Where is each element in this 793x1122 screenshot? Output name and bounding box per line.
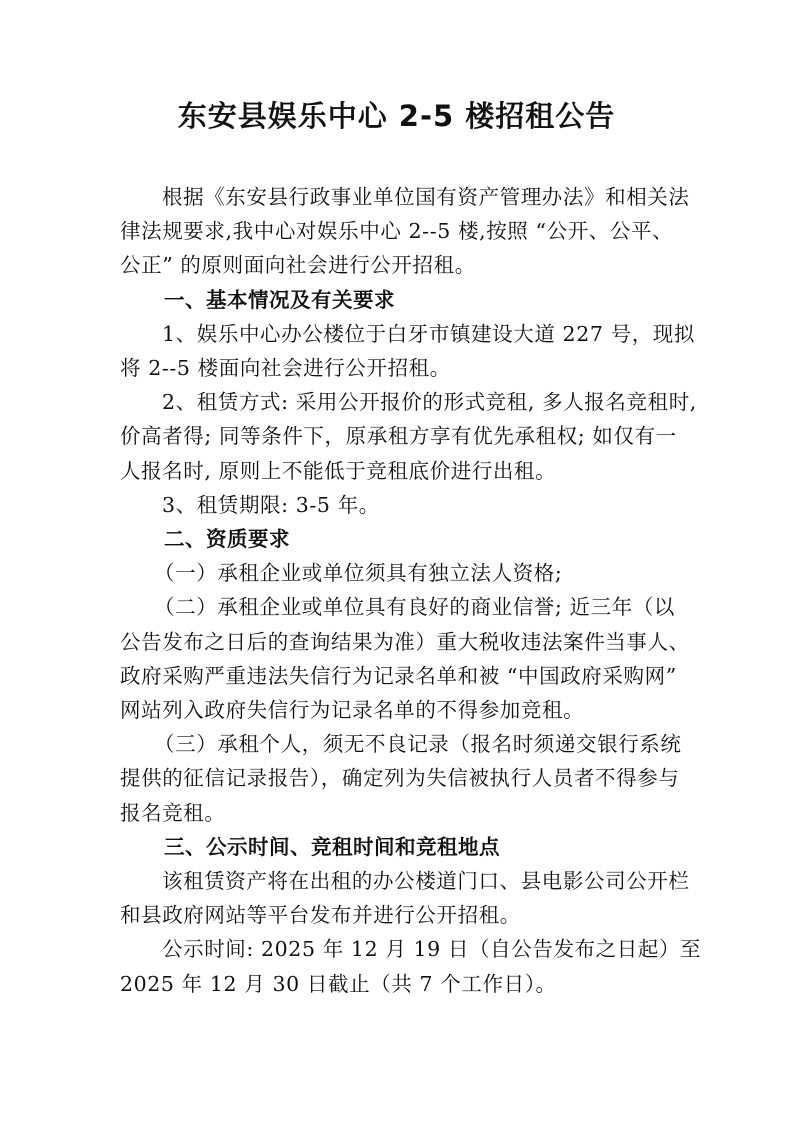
- section-heading-2: 二、资质要求: [120, 522, 676, 556]
- document-body: 根据《东安县行政事业单位国有资产管理办法》和相关法 律法规要求,我中心对娱乐中心…: [120, 180, 676, 1001]
- paragraph: 3、租赁期限: 3-5 年。: [120, 488, 676, 522]
- text-line: 公正” 的原则面向社会进行公开招租。: [120, 248, 676, 282]
- text-line: 2025 年 12 月 30 日截止（共 7 个工作日）。: [120, 967, 676, 1001]
- paragraph: （一）承租企业或单位须具有独立法人资格;: [120, 556, 676, 590]
- paragraph: 1、娱乐中心办公楼位于白牙市镇建设大道 227 号，现拟 将 2--5 楼面向社…: [120, 317, 676, 385]
- text-line: （三）承租个人，须无不良记录（报名时须递交银行系统: [120, 727, 676, 761]
- paragraph: 公示时间: 2025 年 12 月 19 日（自公告发布之日起）至 2025 年…: [120, 932, 676, 1000]
- text-line: 公告发布之日后的查询结果为准）重大税收违法案件当事人、: [120, 625, 676, 659]
- text-line: 政府采购严重违法失信行为记录名单和被 “中国政府采购网”: [120, 659, 676, 693]
- text-line: 该租赁资产将在出租的办公楼道门口、县电影公司公开栏: [120, 864, 676, 898]
- text-line: （一）承租企业或单位须具有独立法人资格;: [120, 556, 676, 590]
- paragraph: 该租赁资产将在出租的办公楼道门口、县电影公司公开栏 和县政府网站等平台发布并进行…: [120, 864, 676, 932]
- text-line: 2、租赁方式: 采用公开报价的形式竞租, 多人报名竞租时,: [120, 385, 676, 419]
- text-line: 人报名时, 原则上不能低于竞租底价进行出租。: [120, 454, 676, 488]
- text-line: 公示时间: 2025 年 12 月 19 日（自公告发布之日起）至: [120, 932, 676, 966]
- text-line: 3、租赁期限: 3-5 年。: [120, 488, 676, 522]
- text-line: 1、娱乐中心办公楼位于白牙市镇建设大道 227 号，现拟: [120, 317, 676, 351]
- text-line: 网站列入政府失信行为记录名单的不得参加竞租。: [120, 693, 676, 727]
- document-title: 东安县娱乐中心 2-5 楼招租公告: [0, 96, 793, 136]
- text-line: 律法规要求,我中心对娱乐中心 2--5 楼,按照 “公开、公平、: [120, 214, 676, 248]
- paragraph: 2、租赁方式: 采用公开报价的形式竞租, 多人报名竞租时, 价高者得; 同等条件…: [120, 385, 676, 488]
- section-heading-3: 三、公示时间、竞租时间和竞租地点: [120, 830, 676, 864]
- document-page: 东安县娱乐中心 2-5 楼招租公告 根据《东安县行政事业单位国有资产管理办法》和…: [0, 0, 793, 1122]
- text-line: 提供的征信记录报告），确定列为失信被执行人员者不得参与: [120, 761, 676, 795]
- text-line: 报名竞租。: [120, 796, 676, 830]
- text-line: 价高者得; 同等条件下，原承租方享有优先承租权; 如仅有一: [120, 419, 676, 453]
- text-line: 和县政府网站等平台发布并进行公开招租。: [120, 898, 676, 932]
- text-line: （二）承租企业或单位具有良好的商业信誉; 近三年（以: [120, 590, 676, 624]
- text-line: 将 2--5 楼面向社会进行公开招租。: [120, 351, 676, 385]
- text-line: 根据《东安县行政事业单位国有资产管理办法》和相关法: [120, 180, 676, 214]
- paragraph: （二）承租企业或单位具有良好的商业信誉; 近三年（以 公告发布之日后的查询结果为…: [120, 590, 676, 727]
- intro-paragraph: 根据《东安县行政事业单位国有资产管理办法》和相关法 律法规要求,我中心对娱乐中心…: [120, 180, 676, 283]
- section-heading-1: 一、基本情况及有关要求: [120, 283, 676, 317]
- paragraph: （三）承租个人，须无不良记录（报名时须递交银行系统 提供的征信记录报告），确定列…: [120, 727, 676, 830]
